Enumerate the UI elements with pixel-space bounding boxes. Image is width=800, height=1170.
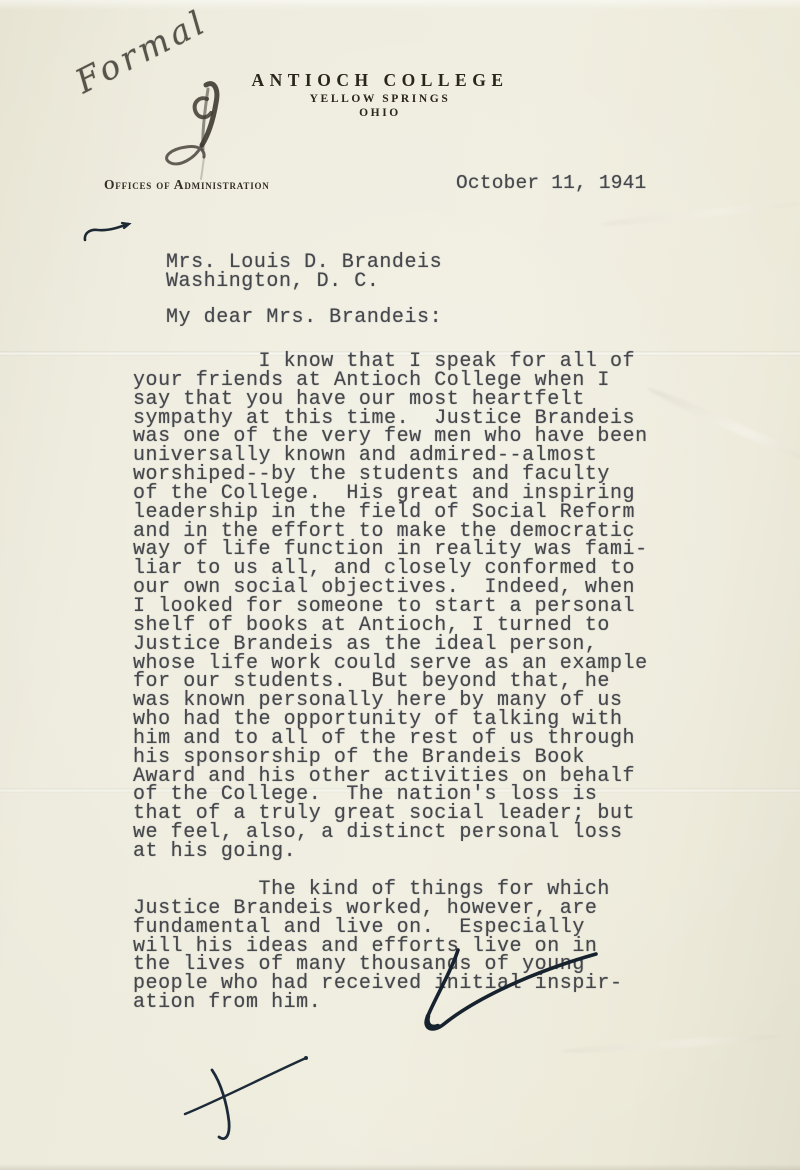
recipient-address: Mrs. Louis D. Brandeis Washington, D. C. xyxy=(166,254,442,292)
body-paragraph-1: I know that I speak for all of your frie… xyxy=(133,353,648,862)
letter-date: October 11, 1941 xyxy=(456,174,646,193)
letter-page: Formal ANTIOCH COLLEGE YELLOW SPRINGS OH… xyxy=(0,0,800,1170)
paper-wrinkle xyxy=(600,200,800,229)
paper-wrinkle xyxy=(560,1032,780,1055)
paper-wrinkle xyxy=(646,384,800,466)
pencil-scribble-mark xyxy=(158,75,236,185)
letterhead-state: OHIO xyxy=(359,107,401,119)
letterhead-city: YELLOW SPRINGS xyxy=(310,93,451,105)
salutation: My dear Mrs. Brandeis: xyxy=(166,309,442,328)
paper-bottom-shadow xyxy=(0,1164,800,1170)
body-paragraph-2: The kind of things for which Justice Bra… xyxy=(133,881,623,1013)
ink-cross-mark xyxy=(175,1048,320,1148)
ink-arrow-mark xyxy=(82,220,134,246)
handwritten-formal-note: Formal xyxy=(69,2,213,101)
letterhead-office-line: Offices of Administration xyxy=(104,177,270,193)
letterhead-college-name: ANTIOCH COLLEGE xyxy=(251,70,508,91)
paper-top-edge-highlight xyxy=(0,0,800,10)
